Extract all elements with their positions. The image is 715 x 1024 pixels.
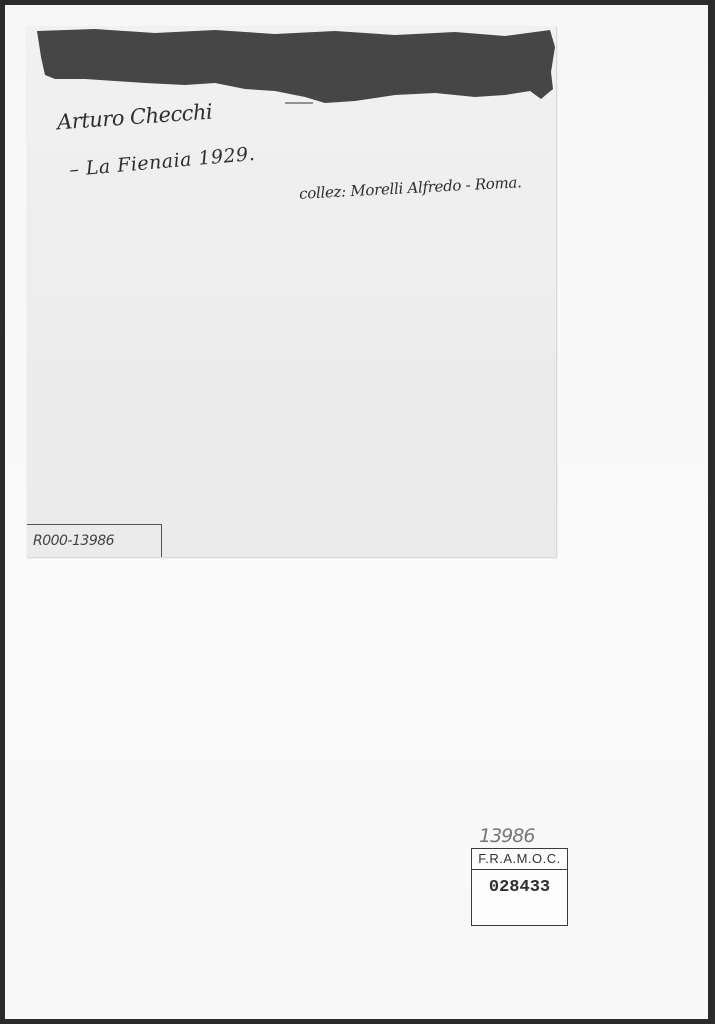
pencil-number: 13986 [479,825,534,847]
handwritten-collection: collez: Morelli Alfredo - Roma. [299,173,522,203]
inventory-label-box: R000-13986 [27,524,162,557]
archive-stamp: F.R.A.M.O.C. 028433 [471,848,568,926]
stamp-header: F.R.A.M.O.C. [472,849,567,870]
photo-card-verso: Arturo Checchi – La Fienaia 1929. collez… [27,27,557,558]
stamp-number: 028433 [472,870,567,906]
pencil-mark [285,102,313,104]
scan-sheet: Arturo Checchi – La Fienaia 1929. collez… [5,5,708,1019]
handwritten-title-date: – La Fienaia 1929. [68,143,256,181]
torn-paper-strip [35,27,557,107]
inventory-label: R000-13986 [33,533,114,549]
